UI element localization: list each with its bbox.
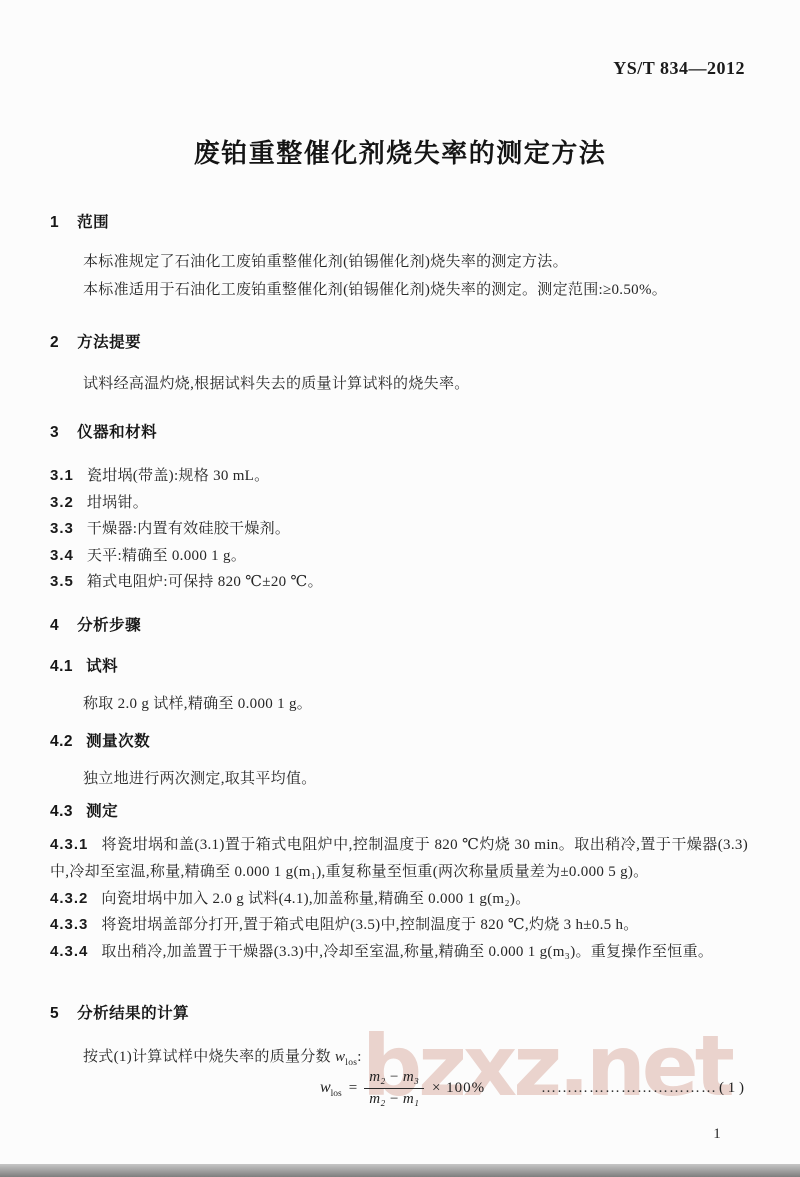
standard-code: YS/T 834—2012 bbox=[0, 58, 745, 79]
determination-steps: 4.3.1将瓷坩埚和盖(3.1)置于箱式电阻炉中,控制温度于 820 ℃灼烧 3… bbox=[50, 832, 748, 966]
section-4-1-number: 4.1 bbox=[50, 658, 73, 675]
equation-w-symbol: w bbox=[320, 1079, 331, 1096]
section-4-number: 4 bbox=[50, 617, 59, 634]
section-1-number: 1 bbox=[50, 214, 59, 231]
section-4-1-title: 试料 bbox=[86, 658, 118, 675]
section-4-2-title: 测量次数 bbox=[86, 733, 150, 750]
equation-lhs: wlos bbox=[320, 1079, 342, 1099]
equation-1: wlos = m₂ − m₃ m₂ − m₁ × 100% …………………………… bbox=[320, 1068, 744, 1109]
section-4-2-heading: 4.2测量次数 bbox=[50, 729, 748, 751]
page-number: 1 bbox=[700, 1126, 734, 1143]
dot-leader: …………………………… bbox=[541, 1080, 717, 1097]
intro-colon: : bbox=[357, 1049, 361, 1065]
clause-4-3-2-text: 向瓷坩埚中加入 2.0 g 试料(4.1),加盖称量,精确至 0.000 1 g… bbox=[101, 891, 530, 907]
clause-3-3: 3.3干燥器:内置有效硅胶干燥剂。 bbox=[50, 516, 748, 543]
section-1-title: 范围 bbox=[77, 214, 109, 231]
clause-4-3-4: 4.3.4取出稍冷,加盖置于干燥器(3.3)中,冷却至室温,称量,精确至 0.0… bbox=[50, 939, 748, 966]
apparatus-list: 3.1瓷坩埚(带盖):规格 30 mL。 3.2坩埚钳。 3.3干燥器:内置有效… bbox=[50, 463, 748, 596]
document-page: bzxz.net YS/T 834—2012 废铂重整催化剂烧失率的测定方法 1… bbox=[0, 0, 800, 1177]
equation-w-subscript: los bbox=[331, 1089, 342, 1099]
section-4-3-number: 4.3 bbox=[50, 803, 73, 820]
section-5-title: 分析结果的计算 bbox=[77, 1005, 189, 1022]
equation-number: ( 1 ) bbox=[719, 1080, 744, 1097]
clause-3-1-text: 瓷坩埚(带盖):规格 30 mL。 bbox=[87, 468, 270, 484]
clause-3-1: 3.1瓷坩埚(带盖):规格 30 mL。 bbox=[50, 463, 748, 490]
clause-4-3-2-number: 4.3.2 bbox=[50, 890, 88, 907]
section-2-heading: 2方法提要 bbox=[50, 330, 748, 352]
clause-3-2-number: 3.2 bbox=[50, 494, 74, 511]
section-1-body: 本标准规定了石油化工废铂重整催化剂(铂锡催化剂)烧失率的测定方法。 本标准适用于… bbox=[50, 249, 748, 304]
clause-3-5: 3.5箱式电阻炉:可保持 820 ℃±20 ℃。 bbox=[50, 569, 748, 596]
section-3-title: 仪器和材料 bbox=[77, 424, 157, 441]
fraction: m₂ − m₃ m₂ − m₁ bbox=[364, 1068, 424, 1109]
section-4-3-heading: 4.3测定 bbox=[50, 799, 748, 821]
clause-4-3-1-number: 4.3.1 bbox=[50, 836, 88, 853]
scan-edge-band bbox=[0, 1164, 800, 1177]
scope-paragraph-1: 本标准规定了石油化工废铂重整催化剂(铂锡催化剂)烧失率的测定方法。 bbox=[50, 249, 748, 277]
section-5-heading: 5分析结果的计算 bbox=[50, 1001, 748, 1023]
section-2-number: 2 bbox=[50, 334, 59, 351]
clause-3-3-text: 干燥器:内置有效硅胶干燥剂。 bbox=[87, 521, 290, 537]
clause-3-5-number: 3.5 bbox=[50, 573, 74, 590]
clause-3-4: 3.4天平:精确至 0.000 1 g。 bbox=[50, 543, 748, 570]
section-3-number: 3 bbox=[50, 424, 59, 441]
clause-4-3-1: 4.3.1将瓷坩埚和盖(3.1)置于箱式电阻炉中,控制温度于 820 ℃灼烧 3… bbox=[50, 832, 748, 886]
clause-4-3-1-text: 将瓷坩埚和盖(3.1)置于箱式电阻炉中,控制温度于 820 ℃灼烧 30 min… bbox=[50, 837, 748, 880]
measurement-count-paragraph: 独立地进行两次测定,取其平均值。 bbox=[50, 766, 748, 794]
clause-4-3-2: 4.3.2向瓷坩埚中加入 2.0 g 试料(4.1),加盖称量,精确至 0.00… bbox=[50, 886, 748, 913]
section-3-heading: 3仪器和材料 bbox=[50, 420, 748, 442]
equals-sign: = bbox=[349, 1080, 357, 1097]
clause-3-2: 3.2坩埚钳。 bbox=[50, 490, 748, 517]
clause-4-3-3-number: 4.3.3 bbox=[50, 916, 88, 933]
fraction-numerator: m₂ − m₃ bbox=[364, 1068, 424, 1089]
w-symbol: w bbox=[335, 1049, 345, 1065]
clause-3-4-text: 天平:精确至 0.000 1 g。 bbox=[87, 548, 246, 564]
calculation-intro-text: 按式(1)计算试样中烧失率的质量分数 bbox=[83, 1049, 335, 1065]
clause-4-3-3-text: 将瓷坩埚盖部分打开,置于箱式电阻炉(3.5)中,控制温度于 820 ℃,灼烧 3… bbox=[101, 917, 638, 933]
clause-3-5-text: 箱式电阻炉:可保持 820 ℃±20 ℃。 bbox=[87, 574, 323, 590]
section-4-2-number: 4.2 bbox=[50, 733, 73, 750]
fraction-denominator: m₂ − m₁ bbox=[364, 1089, 424, 1109]
multiplier: × 100% bbox=[432, 1080, 485, 1097]
section-4-1-heading: 4.1试料 bbox=[50, 654, 748, 676]
clause-4-3-4-text: 取出稍冷,加盖置于干燥器(3.3)中,冷却至室温,称量,精确至 0.000 1 … bbox=[101, 944, 713, 960]
clause-3-1-number: 3.1 bbox=[50, 467, 74, 484]
section-1-heading: 1范围 bbox=[50, 210, 748, 232]
section-4-heading: 4分析步骤 bbox=[50, 613, 748, 635]
section-4-title: 分析步骤 bbox=[77, 617, 141, 634]
section-5-number: 5 bbox=[50, 1005, 59, 1022]
scope-paragraph-2: 本标准适用于石油化工废铂重整催化剂(铂锡催化剂)烧失率的测定。测定范围:≥0.5… bbox=[50, 277, 748, 305]
method-summary-paragraph: 试料经高温灼烧,根据试料失去的质量计算试料的烧失率。 bbox=[50, 371, 748, 399]
clause-4-3-3: 4.3.3将瓷坩埚盖部分打开,置于箱式电阻炉(3.5)中,控制温度于 820 ℃… bbox=[50, 912, 748, 939]
clause-3-2-text: 坩埚钳。 bbox=[87, 495, 148, 511]
document-title: 废铂重整催化剂烧失率的测定方法 bbox=[0, 133, 800, 170]
clause-4-3-4-number: 4.3.4 bbox=[50, 943, 88, 960]
clause-3-3-number: 3.3 bbox=[50, 520, 74, 537]
section-2-title: 方法提要 bbox=[77, 334, 141, 351]
w-subscript: los bbox=[345, 1058, 357, 1068]
test-portion-paragraph: 称取 2.0 g 试样,精确至 0.000 1 g。 bbox=[50, 691, 748, 719]
section-4-3-title: 测定 bbox=[86, 803, 118, 820]
clause-3-4-number: 3.4 bbox=[50, 547, 74, 564]
